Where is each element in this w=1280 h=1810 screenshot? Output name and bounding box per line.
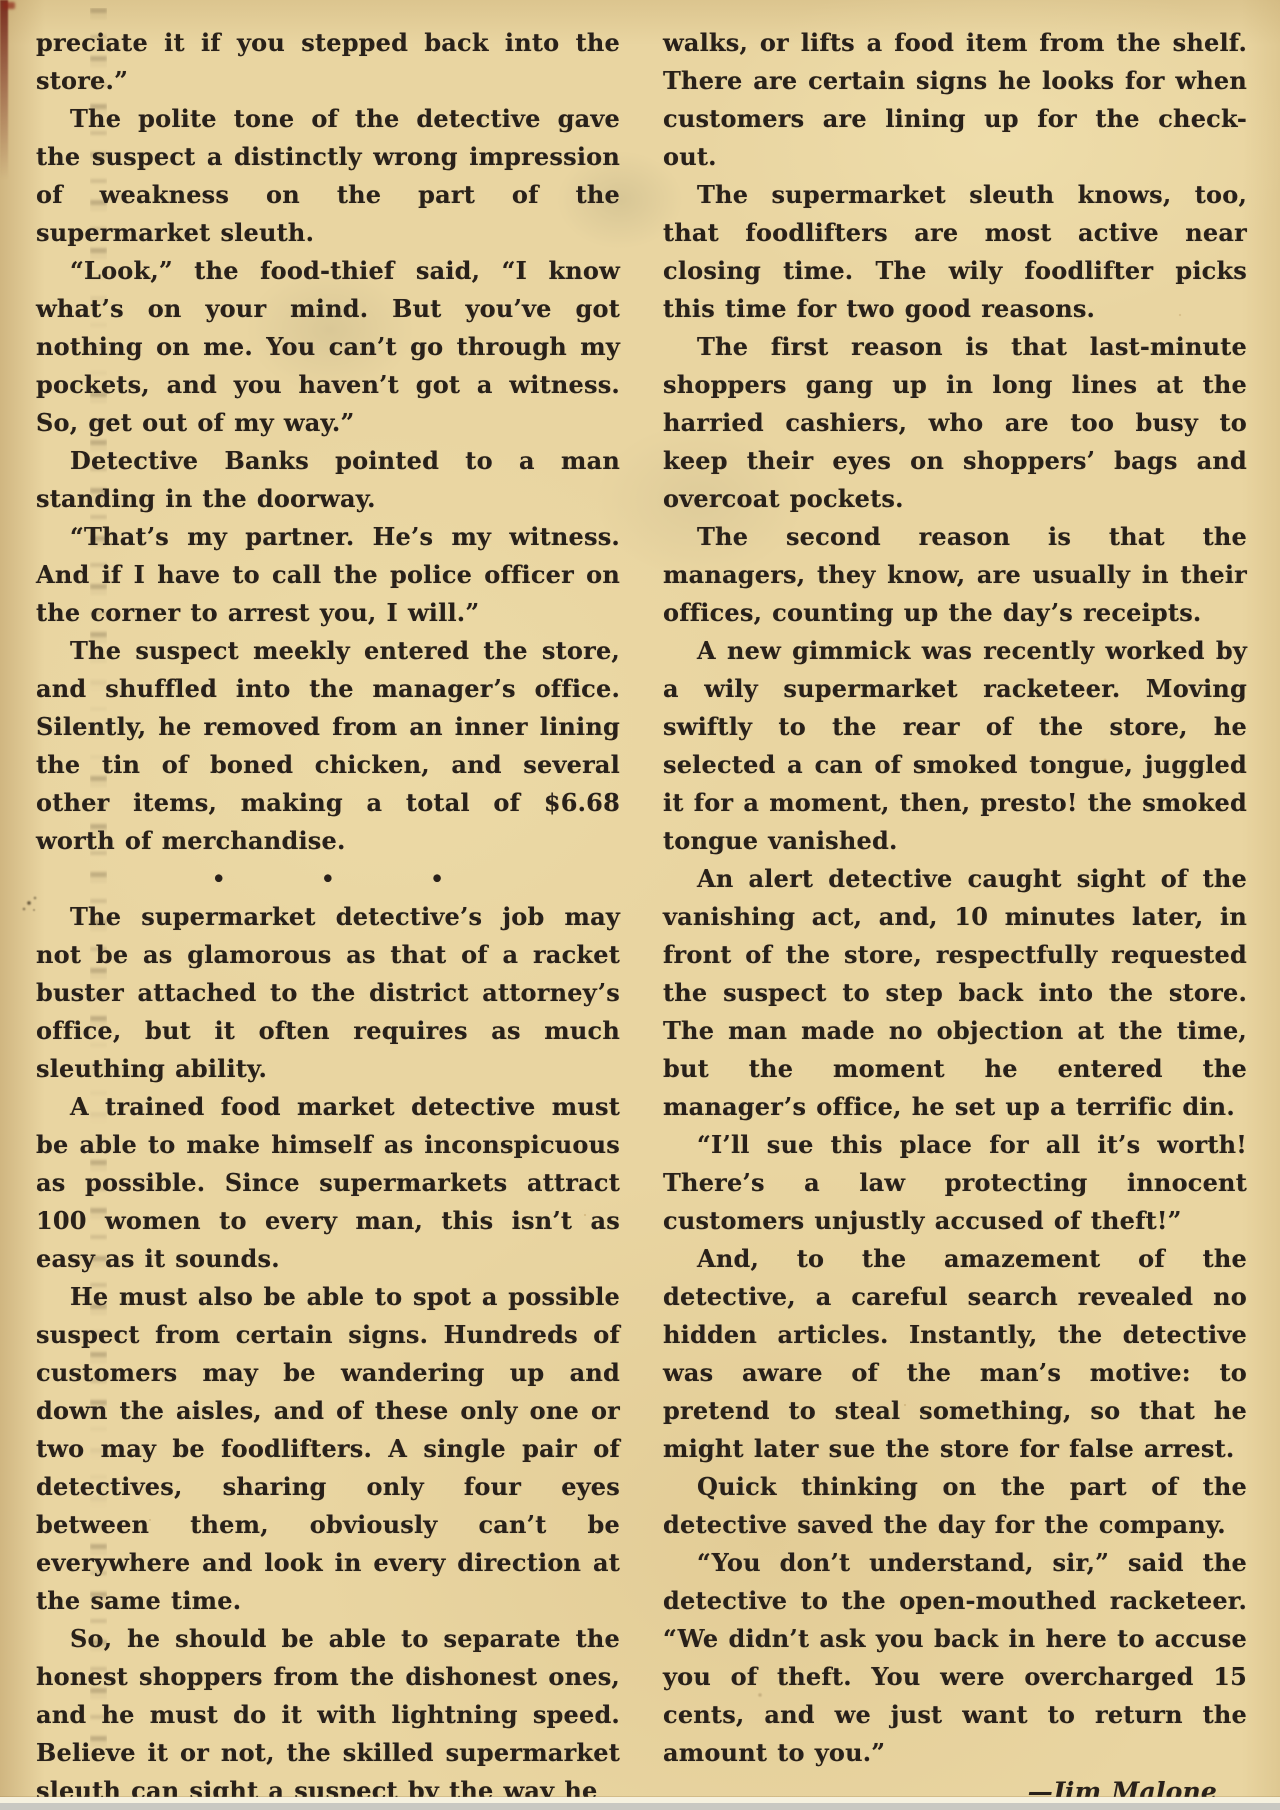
paragraph: And, to the amazement of the detective, …	[663, 1240, 1247, 1468]
paragraph: A trained food market detective must be …	[36, 1088, 620, 1278]
paragraph: The supermarket detective’s job may not …	[36, 898, 620, 1088]
paragraph: The first reason is that last-minute sho…	[663, 328, 1247, 518]
paragraph: So, he should be able to separate the ho…	[36, 1620, 620, 1810]
paragraph: Quick thinking on the part of the detect…	[663, 1468, 1247, 1544]
paragraph: “That’s my partner. He’s my witness. And…	[36, 518, 620, 632]
paragraph: “Look,” the food-thief said, “I know wha…	[36, 252, 620, 442]
paragraph: The second reason is that the managers, …	[663, 518, 1247, 632]
paragraph: walks, or lifts a food item from the she…	[663, 24, 1247, 176]
paragraph: preciate it if you stepped back into the…	[36, 24, 620, 100]
page-edge-stain	[0, 0, 8, 180]
paragraph: “You don’t understand, sir,” said the de…	[663, 1544, 1247, 1772]
paragraph: The suspect meekly entered the store, an…	[36, 632, 620, 860]
paragraph: A new gimmick was recently worked by a w…	[663, 632, 1247, 860]
paragraph: The supermarket sleuth knows, too, that …	[663, 176, 1247, 328]
page-bottom-edge	[0, 1796, 1280, 1810]
paragraph: “I’ll sue this place for all it’s worth!…	[663, 1126, 1247, 1240]
paragraph: The polite tone of the detective gave th…	[36, 100, 620, 252]
magazine-page-scan: preciate it if you stepped back into the…	[0, 0, 1280, 1810]
left-column: preciate it if you stepped back into the…	[36, 24, 620, 1810]
paragraph: He must also be able to spot a possible …	[36, 1278, 620, 1620]
paragraph: An alert detective caught sight of the v…	[663, 860, 1247, 1126]
right-column: walks, or lifts a food item from the she…	[663, 24, 1247, 1810]
section-separator: • • •	[36, 860, 620, 898]
paragraph: Detective Banks pointed to a man standin…	[36, 442, 620, 518]
